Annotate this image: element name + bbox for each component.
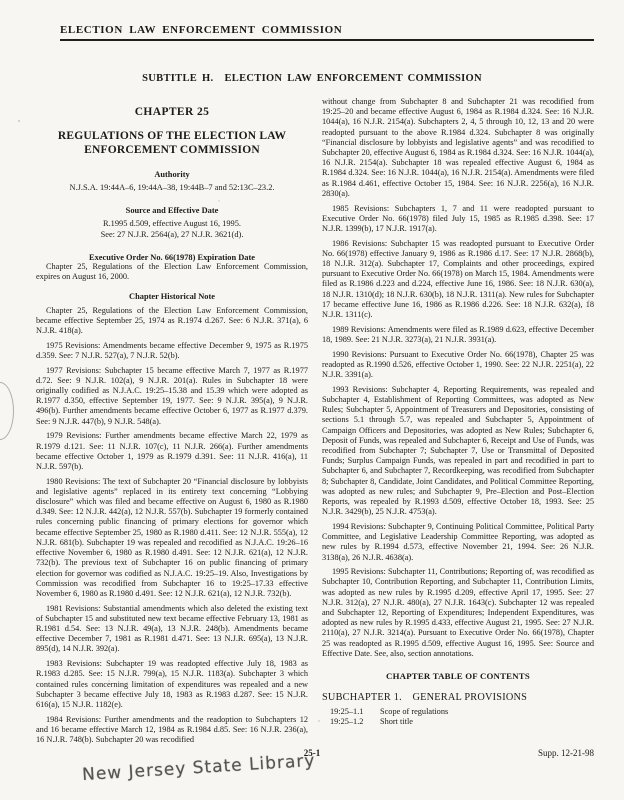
subchapter-1-heading: SUBCHAPTER 1. GENERAL PROVISIONS [322, 692, 594, 703]
paragraph: 1993 Revisions: Subchapter 4, Reporting … [322, 385, 594, 518]
authority-text: N.J.S.A. 19:44A–6, 19:44A–38, 19:44B–7 a… [36, 183, 308, 193]
paragraph: 1981 Revisions: Substantial amendments w… [36, 604, 308, 655]
column-right: without change from Subchapter 8 and Sub… [322, 97, 594, 750]
source-line2: See: 27 N.J.R. 2564(a), 27 N.J.R. 3621(d… [36, 230, 308, 240]
chapter-title-line2: ENFORCEMENT COMMISSION [36, 143, 308, 157]
source-line1: R.1995 d.509, effective August 16, 1995. [36, 219, 308, 229]
subtitle-heading: SUBTITLE H. ELECTION LAW ENFORCEMENT COM… [0, 73, 624, 84]
document-page: ELECTION LAW ENFORCEMENT COMMISSION SUBT… [0, 0, 624, 800]
toc-entry-title: Short title [380, 717, 594, 727]
paragraph: 1977 Revisions: Subchapter 15 became eff… [36, 366, 308, 427]
paragraph: 1989 Revisions: Amendments were filed as… [322, 325, 594, 345]
supplement-date: Supp. 12-21-98 [538, 748, 594, 758]
page-number: 25-1 [304, 748, 321, 758]
running-head: ELECTION LAW ENFORCEMENT COMMISSION [60, 24, 594, 36]
source-heading: Source and Effective Date [36, 206, 308, 215]
paragraph: 1975 Revisions: Amendments became effect… [36, 341, 308, 361]
authority-heading: Authority [36, 170, 308, 179]
historical-paragraphs-left: Chapter 25, Regulations of the Election … [36, 306, 308, 746]
paragraph: 1984 Revisions: Further amendments and t… [36, 715, 308, 746]
historical-paragraphs-right: without change from Subchapter 8 and Sub… [322, 97, 594, 659]
chapter-title: REGULATIONS OF THE ELECTION LAW ENFORCEM… [36, 129, 308, 157]
paragraph: 1986 Revisions: Subchapter 15 was readop… [322, 239, 594, 321]
paragraph: 1980 Revisions: The text of Subchapter 2… [36, 477, 308, 599]
paragraph: without change from Subchapter 8 and Sub… [322, 97, 594, 199]
paragraph: 1983 Revisions: Subchapter 19 was readop… [36, 659, 308, 710]
column-left: CHAPTER 25 REGULATIONS OF THE ELECTION L… [36, 97, 308, 750]
paragraph: 1995 Revisions: Subchapter 11, Contribut… [322, 567, 594, 659]
expiration-text: Chapter 25, Regulations of the Election … [36, 262, 308, 282]
expiration-heading: Executive Order No. 66(1978) Expiration … [36, 253, 308, 262]
library-stamp: New Jersey State Library [82, 751, 316, 785]
paragraph: Chapter 25, Regulations of the Election … [36, 306, 308, 337]
paragraph: 1979 Revisions: Further amendments becam… [36, 431, 308, 472]
toc-list: 19:25–1.1Scope of regulations19:25–1.2Sh… [330, 707, 594, 728]
toc-heading: CHAPTER TABLE OF CONTENTS [322, 671, 594, 681]
toc-entry-ref: 19:25–1.1 [330, 707, 380, 717]
running-head-rule: ELECTION LAW ENFORCEMENT COMMISSION [60, 24, 594, 41]
scan-artifact [0, 382, 14, 440]
toc-entry: 19:25–1.1Scope of regulations [330, 707, 594, 717]
historical-note-heading: Chapter Historical Note [36, 292, 308, 301]
paragraph: 1990 Revisions: Pursuant to Executive Or… [322, 350, 594, 381]
toc-entry: 19:25–1.2Short title [330, 717, 594, 727]
toc-entry-ref: 19:25–1.2 [330, 717, 380, 727]
chapter-number: CHAPTER 25 [36, 106, 308, 118]
two-column-body: CHAPTER 25 REGULATIONS OF THE ELECTION L… [36, 97, 594, 750]
paragraph: 1994 Revisions: Subchapter 9, Continuing… [322, 522, 594, 563]
chapter-title-line1: REGULATIONS OF THE ELECTION LAW [36, 129, 308, 143]
toc-entry-title: Scope of regulations [380, 707, 594, 717]
paragraph: 1985 Revisions: Subchapters 1, 7 and 11 … [322, 204, 594, 235]
